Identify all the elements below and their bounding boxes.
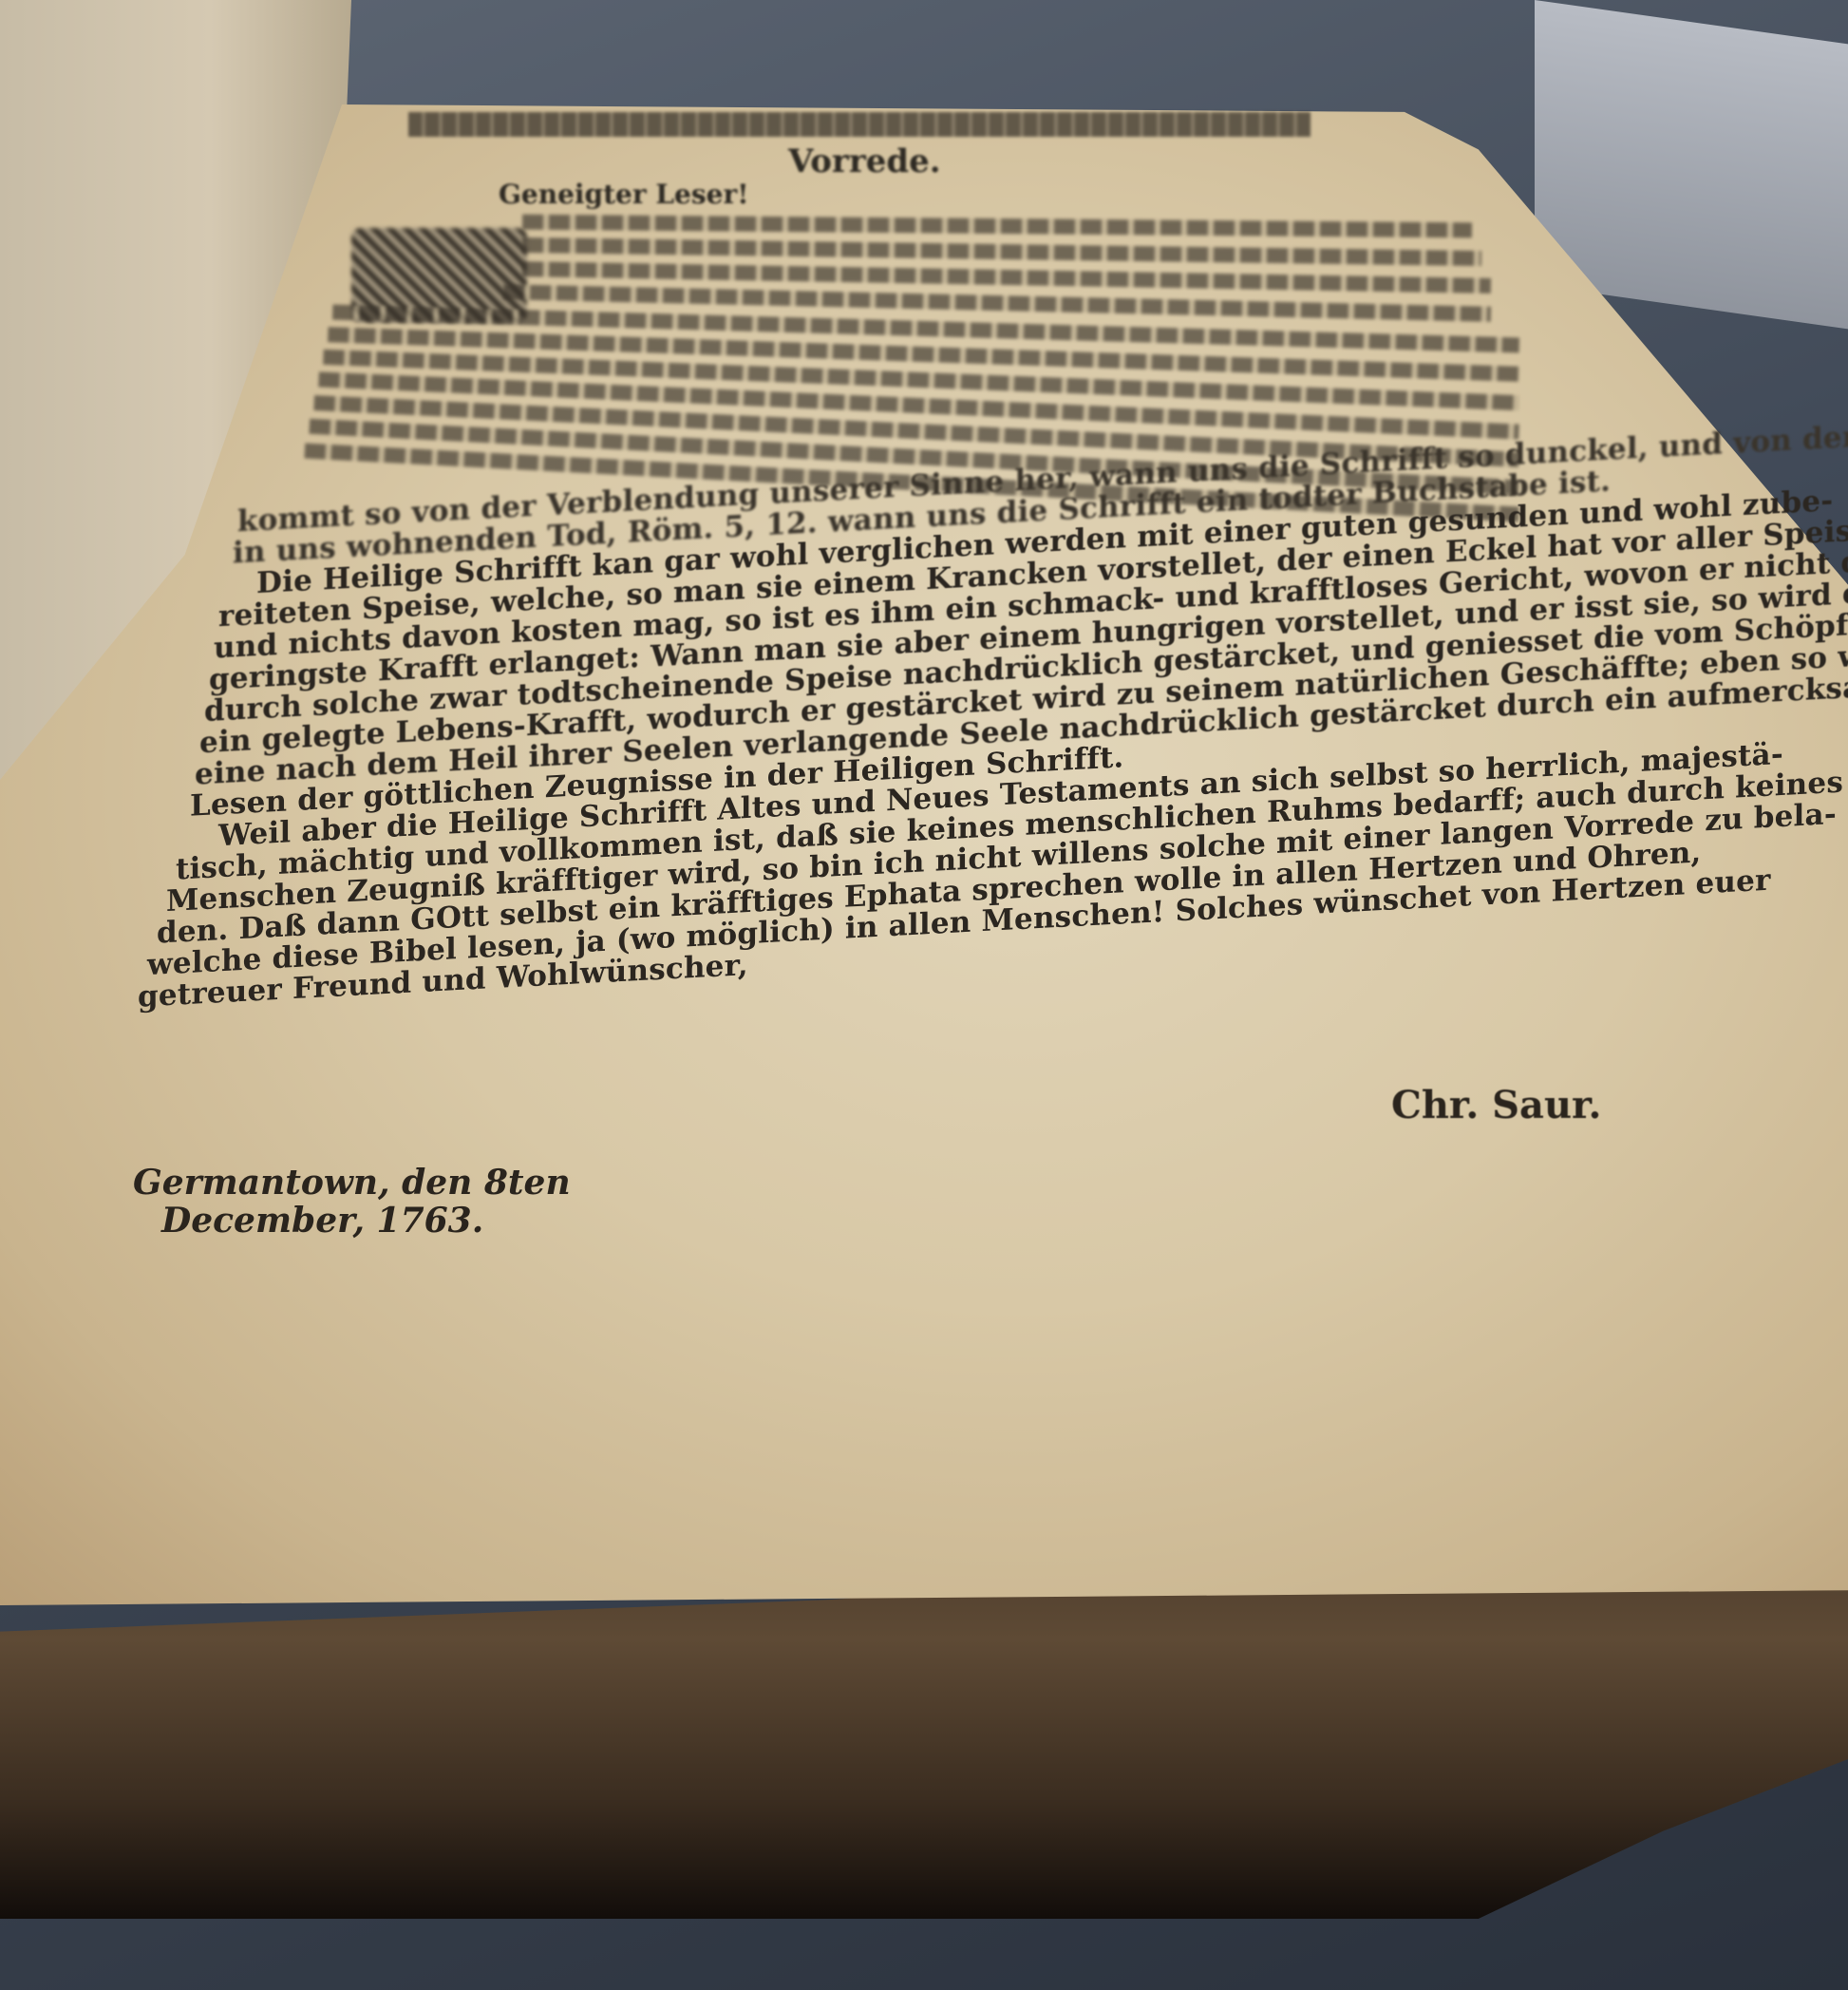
salutation: Geneigter Leser! xyxy=(499,179,748,210)
page-title: Vorrede. xyxy=(788,142,941,180)
running-head xyxy=(408,112,1311,137)
preface-text: kommt so von der Verblendung unserer Sin… xyxy=(114,429,1709,1014)
signature: Chr. Saur. xyxy=(1391,1083,1601,1128)
place-date: Germantown, den 8ten December, 1763. xyxy=(133,1164,571,1240)
date-line: December, 1763. xyxy=(133,1202,571,1240)
place-line: Germantown, den 8ten xyxy=(133,1164,571,1202)
